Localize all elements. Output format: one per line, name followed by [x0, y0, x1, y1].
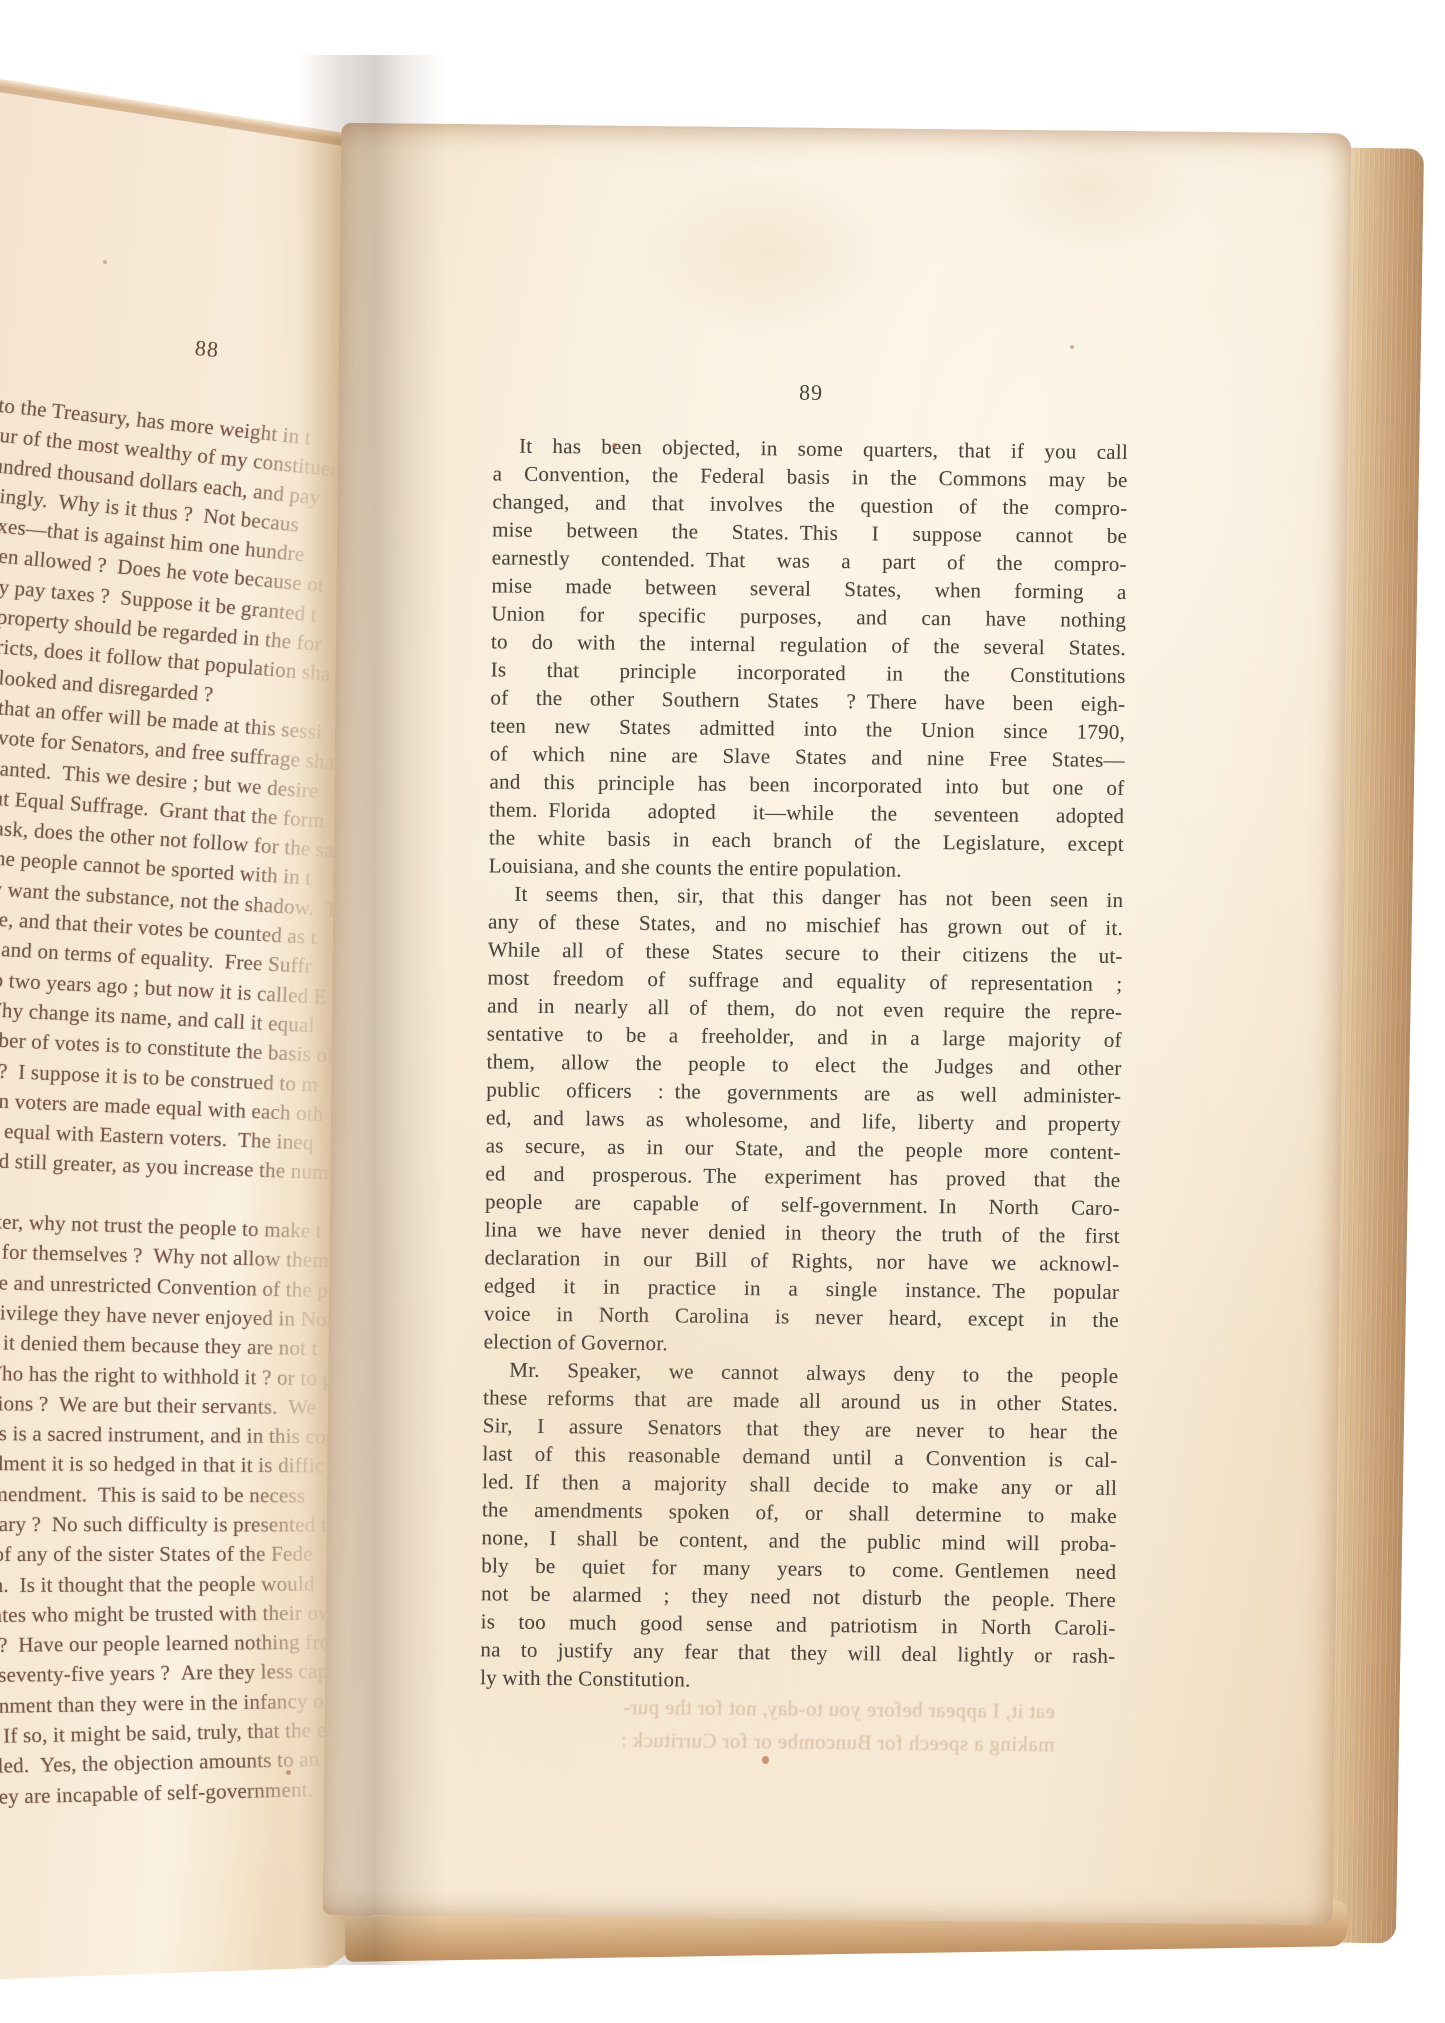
show-through-text: eat it, I appear before you to-day, not … [494, 1689, 1055, 1761]
paragraph: It has been objected, in some quarters, … [488, 431, 1128, 886]
paragraph: Mr. Speaker, we cannot always deny to th… [480, 1355, 1118, 1698]
right-text-column: It has been objected, in some quarters, … [480, 431, 1128, 1698]
foxing-spot [1070, 345, 1074, 349]
foxing-spot [612, 443, 617, 448]
foxing-spot [286, 1770, 291, 1775]
left-page-number: 88 [194, 335, 220, 363]
foxing-spot [762, 1756, 769, 1764]
book-photo: 88 into the Treasury, has more weight in… [0, 0, 1445, 2023]
paragraph: It seems then, sir, that this danger has… [484, 879, 1124, 1362]
right-page: 89 It has been objected, in some quarter… [323, 123, 1352, 1925]
gutter-shadow [298, 55, 446, 1965]
text-line: making a speech for Buncombe or for Curr… [494, 1722, 1054, 1761]
right-page-number: 89 [493, 376, 1128, 409]
foxing-spot [103, 260, 107, 264]
